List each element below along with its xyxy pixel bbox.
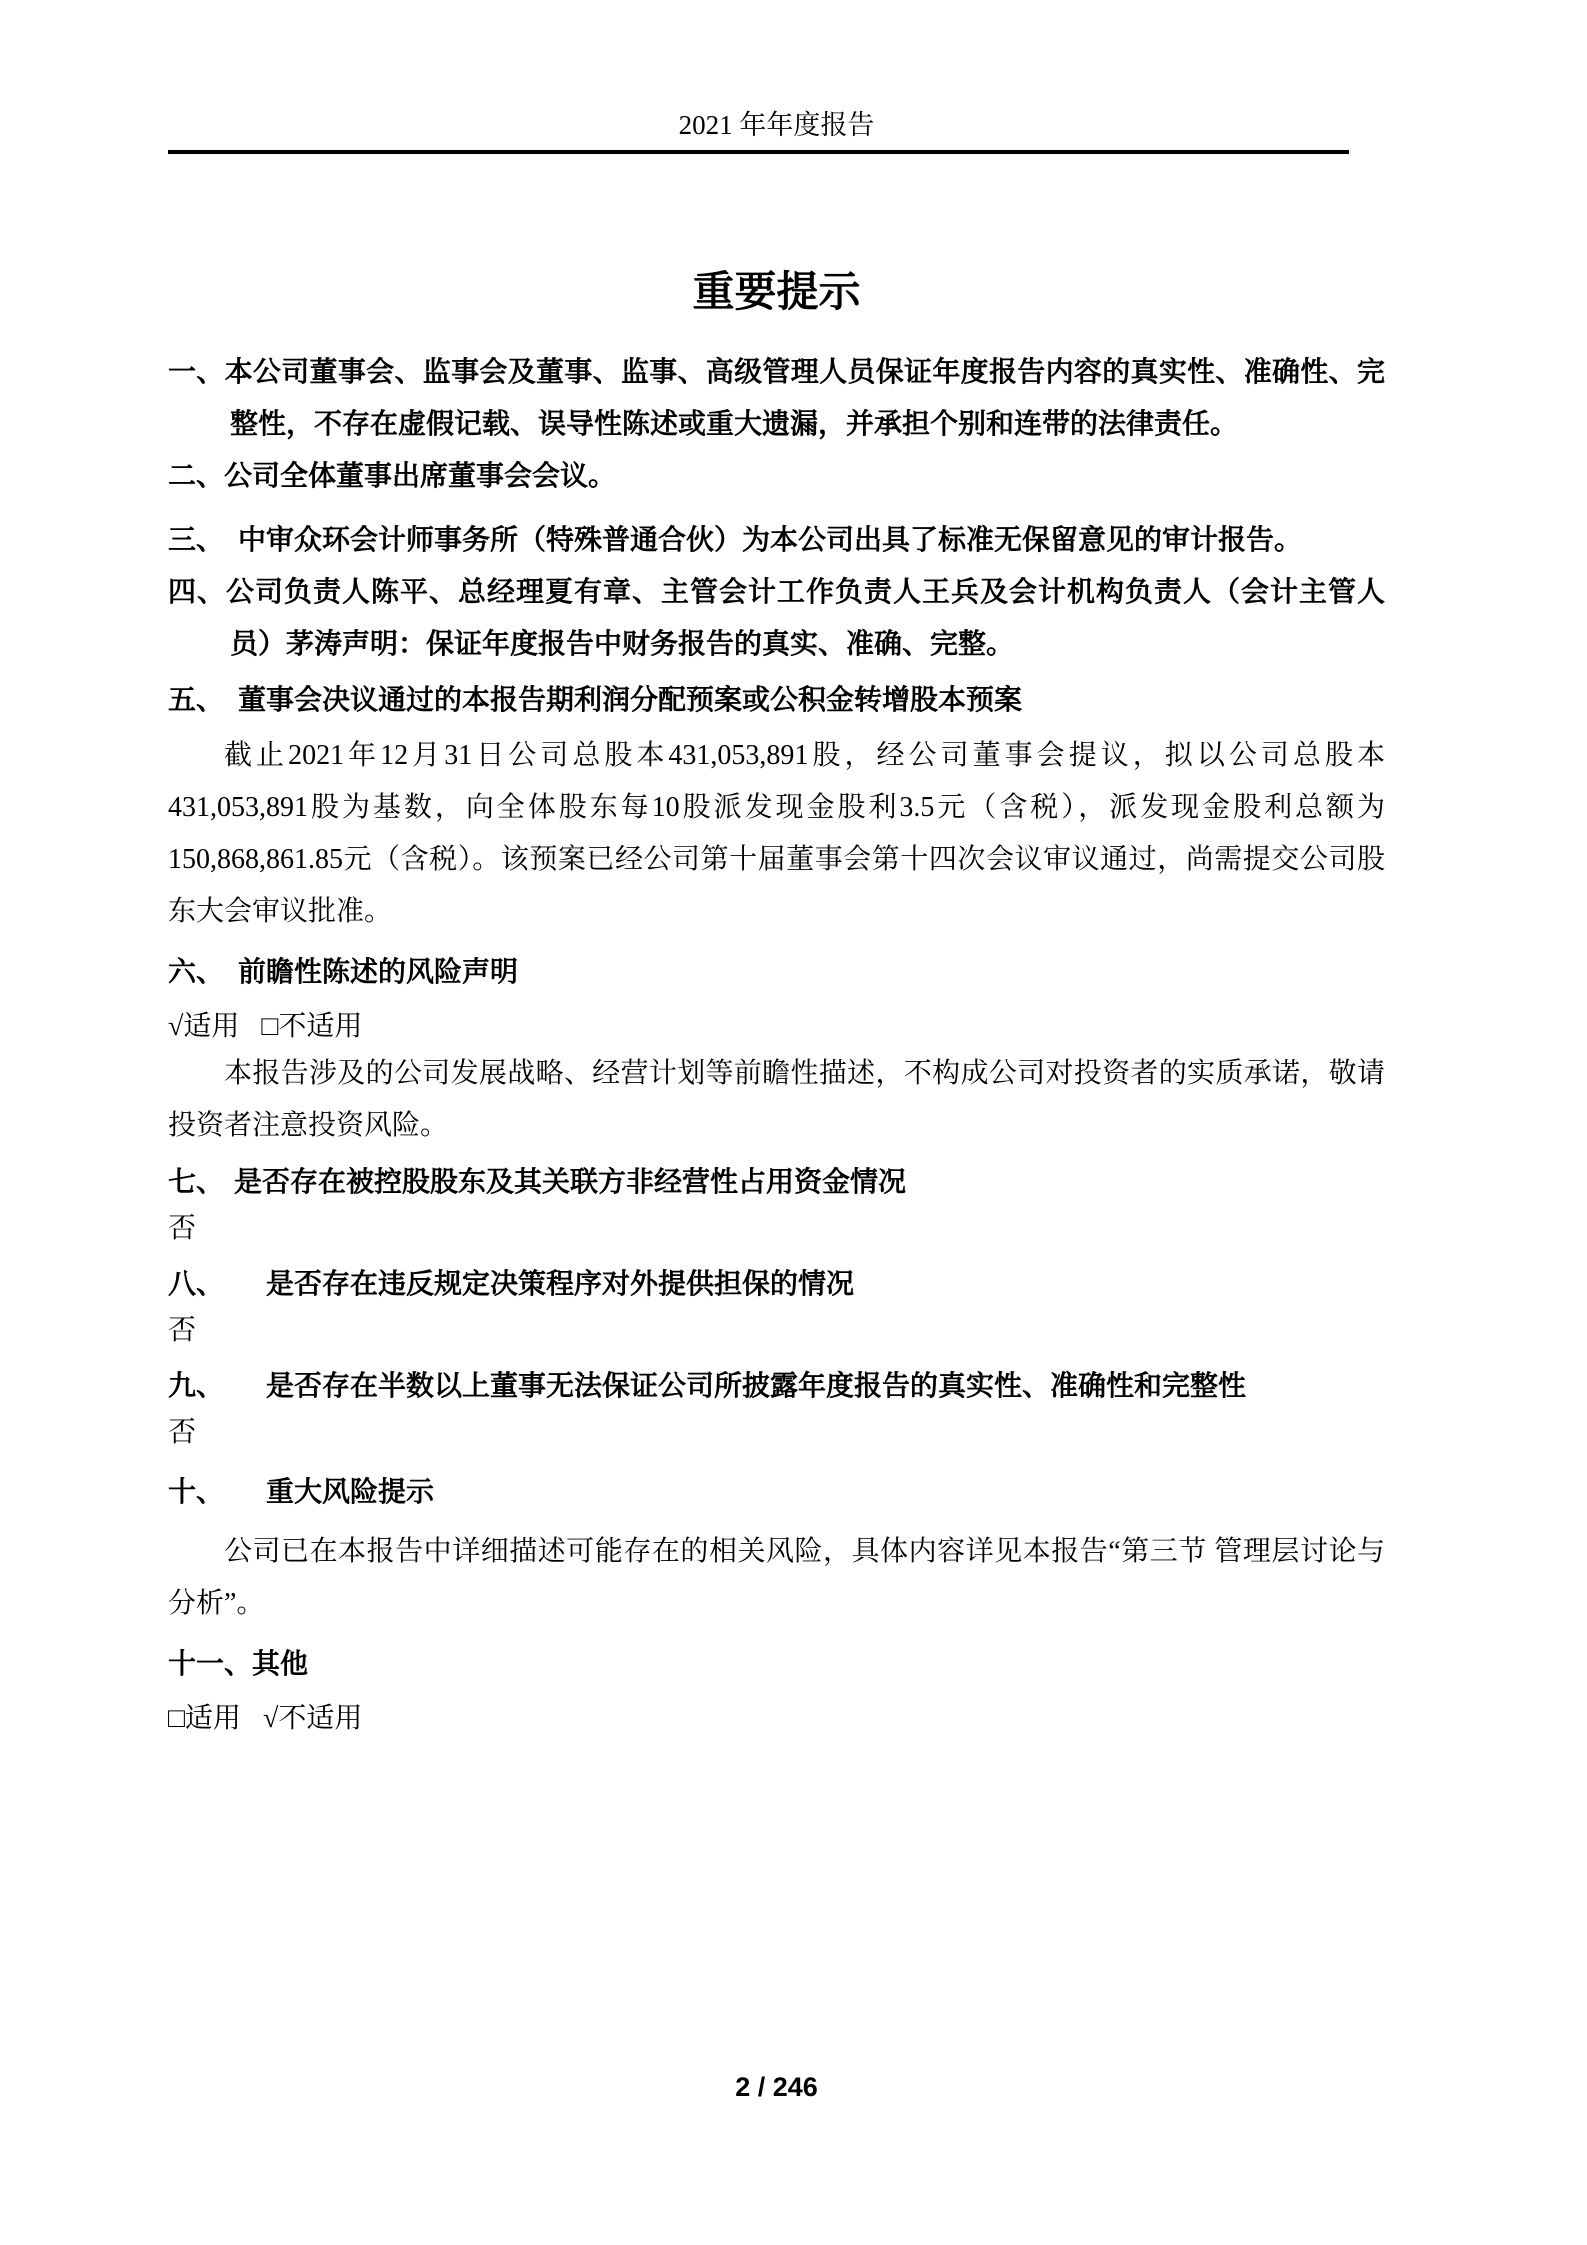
- item-11-heading: 十一、其他: [168, 1638, 1385, 1690]
- item-9-answer: 否: [168, 1412, 1385, 1454]
- item-4: 四、公司负责人陈平、总经理夏有章、主管会计工作负责人王兵及会计机构负责人（会计主…: [168, 566, 1385, 670]
- item-10-text: 重大风险提示: [266, 1476, 434, 1507]
- item-11-text: 其他: [252, 1648, 308, 1679]
- item-2-text: 公司全体董事出席董事会会议。: [224, 460, 616, 491]
- item-11-not-applicable-label: 不适用: [278, 1703, 362, 1734]
- item-1-number: 一、: [168, 356, 225, 387]
- item-8-text: 是否存在违反规定决策程序对外提供担保的情况: [266, 1268, 854, 1299]
- item-5-heading: 五、董事会决议通过的本报告期利润分配预案或公积金转增股本预案: [168, 674, 1385, 726]
- page-number: 2 / 246: [168, 2072, 1385, 2102]
- item-4-number: 四、: [168, 576, 226, 607]
- item-10-body: 公司已在本报告中详细描述可能存在的相关风险，具体内容详见本报告“第三节 管理层讨…: [168, 1526, 1385, 1630]
- item-3-number: 三、: [168, 524, 224, 555]
- item-7-text: 是否存在被控股股东及其关联方非经营性占用资金情况: [234, 1166, 906, 1197]
- item-5-text: 董事会决议通过的本报告期利润分配预案或公积金转增股本预案: [238, 684, 1022, 715]
- item-3: 三、中审众环会计师事务所（特殊普通合伙）为本公司出具了标准无保留意见的审计报告。: [168, 514, 1385, 566]
- item-1-text: 本公司董事会、监事会及董事、监事、高级管理人员保证年度报告内容的真实性、准确性、…: [225, 356, 1385, 439]
- item-8-number: 八、: [168, 1268, 224, 1299]
- item-7-answer: 否: [168, 1208, 1385, 1250]
- item-2-number: 二、: [168, 460, 224, 491]
- item-9-text: 是否存在半数以上董事无法保证公司所披露年度报告的真实性、准确性和完整性: [266, 1370, 1246, 1401]
- item-5-number: 五、: [168, 684, 224, 715]
- item-7-heading: 七、是否存在被控股股东及其关联方非经营性占用资金情况: [168, 1156, 1385, 1208]
- checkbox-icon: □: [261, 1011, 278, 1042]
- item-9-number: 九、: [168, 1370, 224, 1401]
- item-7-number: 七、: [168, 1166, 224, 1197]
- page-header: 2021 年年度报告: [168, 0, 1385, 140]
- item-11-number: 十一、: [168, 1648, 252, 1679]
- item-4-text: 公司负责人陈平、总经理夏有章、主管会计工作负责人王兵及会计机构负责人（会计主管人…: [226, 576, 1385, 659]
- item-6-not-applicable-label: 不适用: [278, 1011, 362, 1042]
- item-5-body: 截止2021年12月31日公司总股本431,053,891股，经公司董事会提议，…: [168, 730, 1385, 938]
- item-10-heading: 十、重大风险提示: [168, 1466, 1385, 1518]
- item-1: 一、本公司董事会、监事会及董事、监事、高级管理人员保证年度报告内容的真实性、准确…: [168, 346, 1385, 450]
- item-3-text: 中审众环会计师事务所（特殊普通合伙）为本公司出具了标准无保留意见的审计报告。: [238, 524, 1302, 555]
- document-body: 一、本公司董事会、监事会及董事、监事、高级管理人员保证年度报告内容的真实性、准确…: [168, 346, 1385, 1740]
- check-icon: √: [263, 1703, 278, 1734]
- item-11-applicable-label: 适用: [185, 1703, 241, 1734]
- item-8-heading: 八、是否存在违反规定决策程序对外提供担保的情况: [168, 1258, 1385, 1310]
- item-11-applicability: □适用√不适用: [168, 1698, 1385, 1740]
- item-9-heading: 九、是否存在半数以上董事无法保证公司所披露年度报告的真实性、准确性和完整性: [168, 1360, 1385, 1412]
- item-6-body: 本报告涉及的公司发展战略、经营计划等前瞻性描述，不构成公司对投资者的实质承诺，敬…: [168, 1048, 1385, 1152]
- item-2: 二、公司全体董事出席董事会会议。: [168, 450, 1385, 502]
- item-6-number: 六、: [168, 956, 224, 987]
- item-6-applicable-label: 适用: [183, 1011, 239, 1042]
- page-title: 重要提示: [168, 270, 1385, 314]
- header-rule: [168, 150, 1349, 154]
- item-8-answer: 否: [168, 1310, 1385, 1352]
- item-10-number: 十、: [168, 1476, 224, 1507]
- item-6-text: 前瞻性陈述的风险声明: [238, 956, 518, 987]
- checkbox-icon: □: [168, 1703, 185, 1734]
- item-6-heading: 六、前瞻性陈述的风险声明: [168, 946, 1385, 998]
- report-page: 2021 年年度报告 重要提示 一、本公司董事会、监事会及董事、监事、高级管理人…: [0, 0, 1587, 2245]
- check-icon: √: [168, 1011, 183, 1042]
- item-6-applicability: √适用□不适用: [168, 1006, 1385, 1048]
